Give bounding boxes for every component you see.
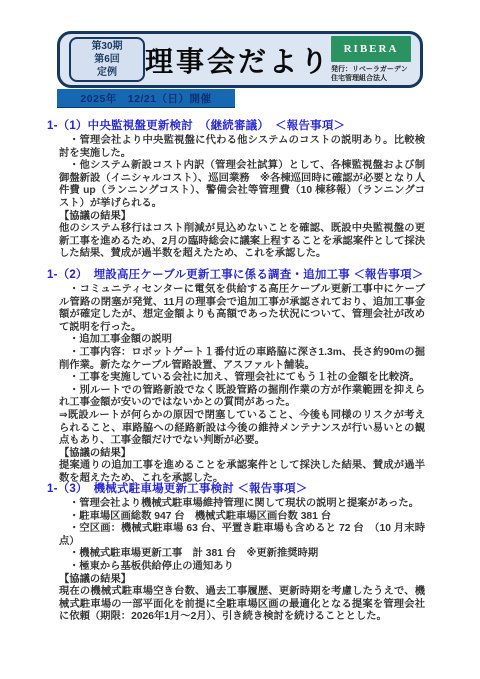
- publisher-block: RIBERA 発行：リベーラガーデン 住宅管理組合法人: [331, 36, 421, 83]
- section-1-body: ・管理会社より中央監視盤に代わる他システムのコストの説明あり。比較検討を実施した…: [59, 135, 425, 261]
- paragraph: ・機械式駐車場更新工事 計 381 台 ※更新推奨時期: [59, 548, 425, 561]
- term-line-3: 定例: [71, 66, 143, 79]
- paragraph: ・追加工事金額の説明: [59, 334, 425, 347]
- section-mechanical-parking: 1-（3） 機械式駐車場更新工事検討 ＜報告事項＞ ・管理会社より機械式駐車場維…: [47, 480, 425, 624]
- header: 第30期 第6回 定例 理事会だより RIBERA 発行：リベーラガーデン 住宅…: [57, 31, 423, 88]
- paragraph: ・管理会社より機械式駐車場維持管理に関して現状の説明と提案があった。: [59, 498, 425, 511]
- result-paragraph: 他のシステム移行はコスト削減が見込めないことを確認、既設中央監視盤の更新工事を進…: [59, 223, 425, 261]
- paragraph: ・極東から基板供給停止の通知あり: [59, 561, 425, 574]
- section-central-monitoring: 1-（1）中央監視盤更新検討 （継続審議） ＜報告事項＞ ・管理会社より中央監視…: [47, 117, 425, 261]
- section-3-heading: 1-（3） 機械式駐車場更新工事検討 ＜報告事項＞: [47, 480, 425, 496]
- result-label: 【協議の結果】: [59, 211, 425, 224]
- section-hv-cable-works: 1-（2） 埋設高圧ケーブル更新工事に係る調査・追加工事 ＜報告事項＞ ・コミュ…: [47, 266, 425, 486]
- meeting-date-bar: 2025年 12/21（日）開催: [57, 89, 235, 108]
- arrow-paragraph: ⇒既設ルートが何らかの原因で閉塞していること、今後も同様のリスクが考えられること…: [59, 410, 425, 448]
- section-2-body: ・コミュニティセンターに電気を供給する高圧ケーブル更新工事中にケーブル管路の閉塞…: [59, 284, 425, 486]
- paragraph: ・管理会社より中央監視盤に代わる他システムのコストの説明あり。比較検討を実施した…: [59, 135, 425, 160]
- section-1-heading: 1-（1）中央監視盤更新検討 （継続審議） ＜報告事項＞: [47, 117, 425, 133]
- result-label: 【協議の結果】: [59, 574, 425, 587]
- publisher-line-1: 発行：リベーラガーデン: [331, 65, 408, 74]
- section-2-heading: 1-（2） 埋設高圧ケーブル更新工事に係る調査・追加工事 ＜報告事項＞: [47, 266, 425, 282]
- publisher-lines: 発行：リベーラガーデン 住宅管理組合法人: [331, 65, 408, 83]
- newsletter-page: 第30期 第6回 定例 理事会だより RIBERA 発行：リベーラガーデン 住宅…: [0, 0, 480, 679]
- result-label: 【協議の結果】: [59, 448, 425, 461]
- paragraph: ・コミュニティセンターに電気を供給する高圧ケーブル更新工事中にケーブル管路の閉塞…: [59, 284, 425, 334]
- publisher-line-2: 住宅管理組合法人: [331, 74, 408, 83]
- paragraph: ・別ルートでの管路新設でなく既設管路の掘削作業の方が作業範囲を抑えられ工事金額が…: [59, 385, 425, 410]
- page-title: 理事会だより: [145, 40, 331, 80]
- paragraph: ・他システム新設コスト内訳（管理会社試算）として、各棟監視盤および制御盤新設（イ…: [59, 160, 425, 210]
- term-line-1: 第30期: [71, 40, 143, 53]
- section-3-body: ・管理会社より機械式駐車場維持管理に関して現状の説明と提案があった。 ・駐車場区…: [59, 498, 425, 624]
- result-paragraph: 現在の機械式駐車場空き台数、過去工事履歴、更新時期を考慮したうえで、機械式駐車場…: [59, 586, 425, 624]
- term-line-2: 第6回: [71, 53, 143, 66]
- paragraph: ・駐車場区画総数 947 台 機械式駐車場区画台数 381 台: [59, 511, 425, 524]
- ribera-logo: RIBERA: [331, 36, 411, 62]
- paragraph: ・工事内容：ロボットゲート１番付近の車路脇に深さ1.3m、長さ約90mの掘削作業…: [59, 347, 425, 372]
- meeting-term-box: 第30期 第6回 定例: [69, 37, 145, 82]
- paragraph: ・工事を実施している会社に加え、管理会社にてもう１社の金額を比較済。: [59, 372, 425, 385]
- paragraph: ・空区画：機械式駐車場 63 台、平置き駐車場も含めると 72 台 （10 月末…: [59, 523, 425, 548]
